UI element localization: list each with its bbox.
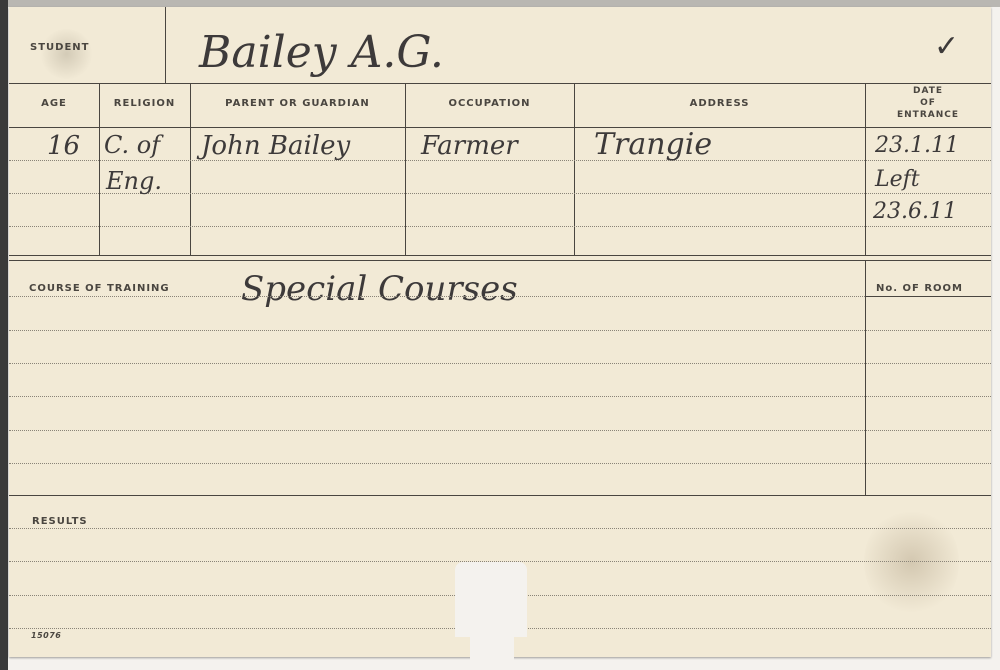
scan-left-edge: [0, 0, 8, 670]
results-label: RESULTS: [32, 516, 88, 527]
header-address: ADDRESS: [574, 98, 865, 109]
stain-bottom-right: [864, 507, 959, 617]
entry-line-3: [9, 226, 991, 227]
course-line-2: [9, 330, 991, 331]
header-religion: RELIGION: [99, 98, 190, 109]
course-line-5: [9, 430, 991, 431]
date-entrance-value: 23.1.11: [875, 133, 959, 158]
student-name-value: Bailey A.G.: [199, 27, 444, 78]
course-line-6: [9, 463, 991, 464]
check-mark-icon: ✓: [934, 29, 959, 64]
course-line-3: [9, 363, 991, 364]
results-line-1: [9, 528, 991, 529]
header-row-bottom-line: [9, 127, 991, 128]
religion-value-line1: C. of: [104, 131, 160, 159]
religion-value-line2: Eng.: [106, 167, 162, 195]
column-divider-5: [865, 83, 866, 255]
column-divider-1: [99, 83, 100, 255]
student-record-card: STUDENT Bailey A.G. ✓ AGE RELIGION PAREN…: [9, 7, 991, 657]
student-divider: [165, 7, 166, 83]
header-age: AGE: [9, 98, 99, 109]
section-divider-bottom: [9, 260, 991, 261]
age-value: 16: [47, 131, 80, 161]
room-label: No. OF ROOM: [876, 283, 963, 294]
occupation-value: Farmer: [421, 131, 518, 161]
room-label-underline: [865, 296, 991, 297]
header-occupation: OCCUPATION: [405, 98, 574, 109]
scan-top-edge: [0, 0, 1000, 7]
section-divider-top: [9, 255, 991, 256]
student-row-bottom-line: [9, 83, 991, 84]
address-value: Trangie: [594, 127, 712, 162]
header-date-line2: OF: [865, 98, 991, 108]
header-parent-or-guardian: PARENT OR GUARDIAN: [190, 98, 405, 109]
column-divider-3: [405, 83, 406, 255]
header-date-line3: ENTRANCE: [865, 110, 991, 120]
course-label: COURSE OF TRAINING: [29, 283, 170, 294]
course-line-4: [9, 396, 991, 397]
date-left-label: Left: [875, 167, 920, 192]
header-date-line1: DATE: [865, 86, 991, 96]
student-label: STUDENT: [30, 42, 89, 53]
form-number: 15076: [31, 631, 61, 640]
filing-notch-lower: [470, 627, 514, 662]
date-left-value: 23.6.11: [873, 199, 957, 224]
parent-value: John Bailey: [201, 131, 350, 161]
course-line-1: [9, 296, 865, 297]
column-divider-4: [574, 83, 575, 255]
filing-notch-upper: [455, 562, 527, 637]
stain-top-left: [39, 29, 94, 79]
course-value: Special Courses: [241, 269, 518, 309]
course-section-bottom-line: [9, 495, 991, 496]
column-divider-2: [190, 83, 191, 255]
